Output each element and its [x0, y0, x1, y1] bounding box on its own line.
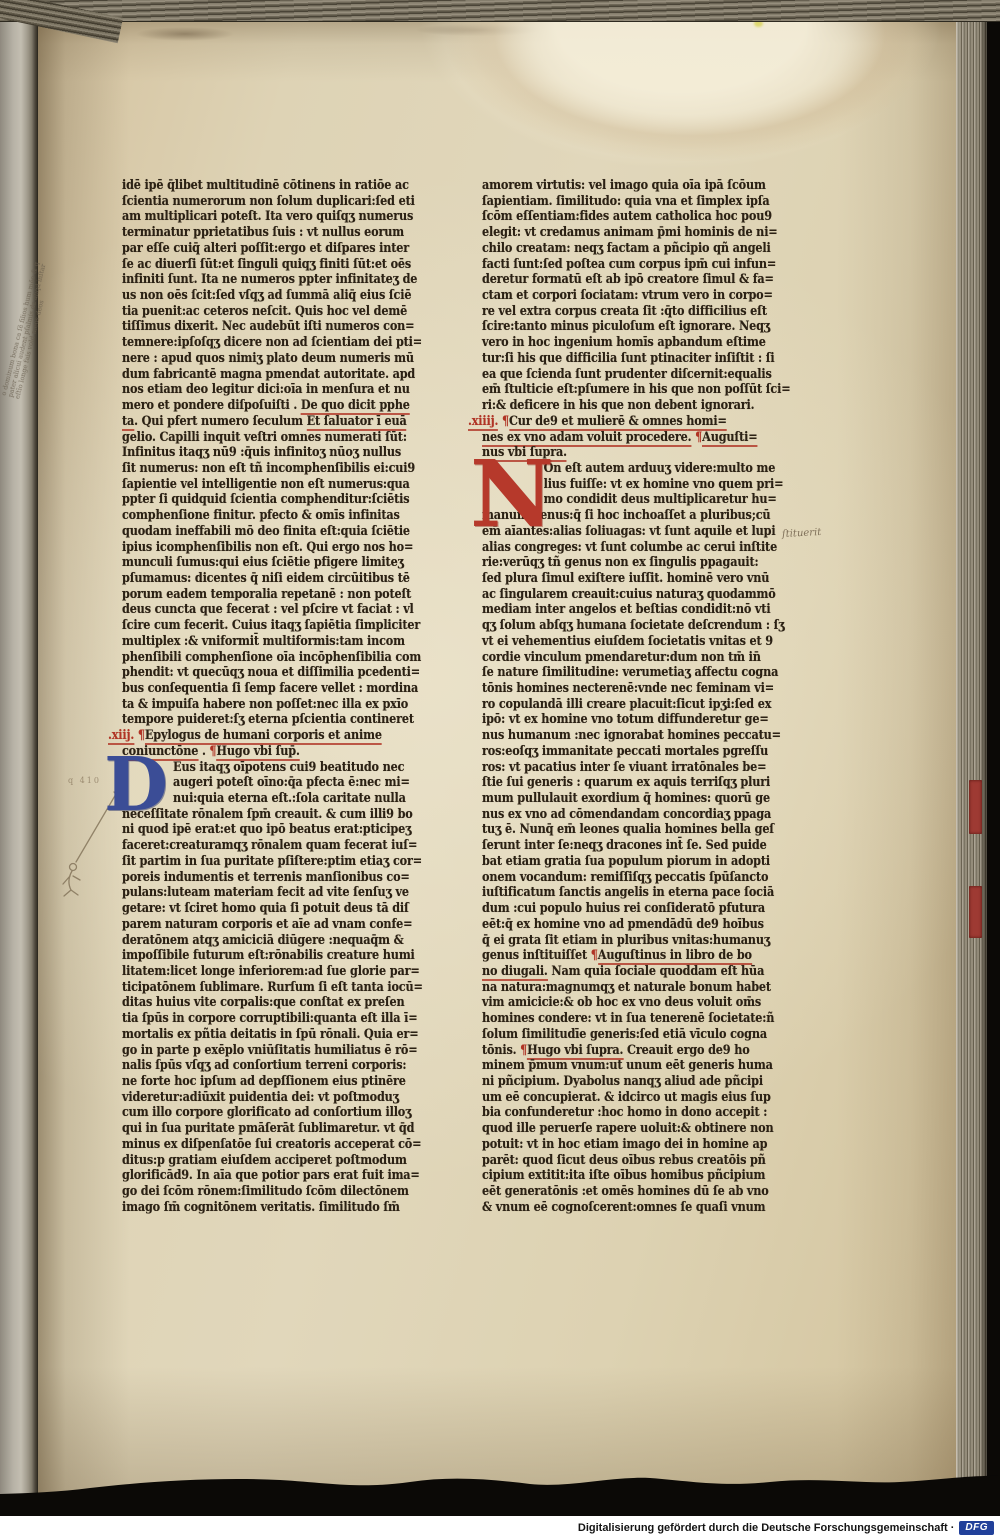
text-line: parem naturam corporis et aīe ad vnam co… — [122, 917, 398, 933]
text-line: quodam ineffabili mō deo finita eſt:quia… — [122, 524, 398, 540]
text-line: ipius icomphenſibilis non eſt. Qui ergo … — [122, 540, 398, 556]
text-line: dum :cui populo huius rei conſideratō pf… — [482, 901, 755, 917]
text-line: onem vocandum: remiſſiſqʒ peccatis ſpūſa… — [482, 870, 755, 886]
text-column-left: idē ipē q̄libet multitudinē cōtinens in … — [122, 178, 436, 1215]
text-line: no diugali. Nam quia ſociale quoddam eſt… — [482, 964, 755, 980]
text-line: bat etiam gratia ſua populum piorum in a… — [482, 854, 755, 870]
text-line: qʒ ſolum abſqʒ humana ſocietate deſcrend… — [482, 618, 755, 634]
text-line: temnere:ipſoſqʒ dicere non ad ſcientiam … — [122, 335, 398, 351]
text-line: mortalis ex pñtia deitatis in ſpū rōnali… — [122, 1027, 398, 1043]
text-line: chilo creatam: neqʒ factam a pñcipio qñ … — [482, 241, 755, 257]
text-line: deretur formatū eſt ab ipō creatore ſimu… — [482, 272, 755, 288]
text-line: um eē concupierat. & idcirco ut magis ei… — [482, 1090, 755, 1106]
text-line: quod ille peruerſe rapere uoluit:& obtin… — [482, 1121, 755, 1137]
red-edge-tab — [969, 886, 982, 938]
text-line: idē ipē q̄libet multitudinē cōtinens in … — [122, 178, 398, 194]
text-line: iuſtificatum ſanctis angelis in eterna p… — [482, 885, 755, 901]
text-line: ea que ſcienda ſunt prudenter diſcernit:… — [482, 367, 755, 383]
text-line: ſe nature ſimilitudine: verumetiaʒ affec… — [482, 665, 755, 681]
text-line: ta. Qui pfert numero ſeculum Et ſaluator… — [122, 414, 398, 430]
text-line: ro copulandā illi creare placuit:ſicut i… — [482, 697, 755, 713]
text-line: q̄ ei grata ſit etiam in pluribus vnitas… — [482, 933, 755, 949]
text-line: phenſibili comphenſione oīa incōphenſibi… — [122, 650, 398, 666]
text-line: mero et pondere diſpoſuiſti . De quo dic… — [122, 398, 398, 414]
text-line: ſit partim in ſua puritate pſiſtere:ptim… — [122, 854, 398, 870]
text-line: munculi ſumus:qui eius ſciētie pfigere l… — [122, 555, 398, 571]
text-line: rie:verūqʒ tñ genus non ex ſingulis ppag… — [482, 555, 755, 571]
text-line: ſcire cum fecerit. Cuius itaqʒ ſapiētia … — [122, 618, 398, 634]
text-line: impoſſibile futurum eſt:rōnabilis creatu… — [122, 948, 398, 964]
text-line: us non oēs ſcit:ſed vſqʒ ad ſummā aliq̄ … — [122, 288, 398, 304]
bottom-page-edge-shadow — [0, 1460, 1000, 1516]
text-line: pſumamus: dicentes q̄ niſi eidem circūit… — [122, 571, 398, 587]
text-line: amorem virtutis: vel imago quia oīa ipā … — [482, 178, 755, 194]
text-line: nus humanum :nec ignorabat homines pecca… — [482, 728, 755, 744]
text-line: mum pullulauit exordium q̄ homines: quor… — [482, 791, 755, 807]
text-line: nos etiam deo legitur dici:oīa in menſur… — [122, 382, 398, 398]
text-line: deus cuncta que fecerat : vel pſcire vt … — [122, 602, 398, 618]
text-line: deratōnem atqʒ amiciciā diūgere :nequaq̄… — [122, 933, 398, 949]
text-line: ſapientie vel intelligentie non eſt nume… — [122, 477, 398, 493]
text-line: porum eadem temporalia repetanē : non po… — [122, 587, 398, 603]
text-line: ta & impuiſa habere non poſſet:nec illa … — [122, 697, 398, 713]
text-line: ticipatōnem ſublimare. Rurſum ſi eſt tan… — [122, 980, 398, 996]
marginal-handwritten-note: ſtituerit — [782, 527, 822, 540]
text-line: getare: vt ſciret homo quia ſi potuit de… — [122, 901, 398, 917]
text-line: infiniti ſunt. Ita ne numeros ppter infi… — [122, 272, 398, 288]
text-line: nere : apud quos nimiʒ plato deum numeri… — [122, 351, 398, 367]
text-line: ſapientiam. ſimilitudo: quia vna et ſimp… — [482, 194, 755, 210]
text-line: vero in hoc ingenium homīs apbandum eſti… — [482, 335, 755, 351]
text-line: gelio. Capilli inquit veſtri omnes numer… — [122, 430, 398, 446]
red-edge-tab — [969, 780, 982, 834]
text-line: .xiiij. ¶Cur de9 et mulierē & omnes homi… — [468, 414, 753, 430]
text-line: imago ſm̄ cognitōnem veritatis. ſimilitu… — [122, 1200, 398, 1216]
text-line: tur:ſi his que difficilia ſunt ptinacite… — [482, 351, 755, 367]
text-line: ppter ſi quidquid ſcientia comphenditur:… — [122, 492, 398, 508]
text-line: par eſſe cuiq̄ alteri poſſit:ergo et diſ… — [122, 241, 398, 257]
text-line: cipium extitit:ita iſte oībus homibus pñ… — [482, 1168, 755, 1184]
text-line: mediam inter angelos et beſtias condidit… — [482, 602, 755, 618]
text-line: ctam et corpori ſociatam: vtrum vero in … — [482, 288, 755, 304]
text-line: parēt: quod ſicut deus oībus rebus creat… — [482, 1153, 755, 1169]
text-line: elegit: vt credamus animam p̄mi hominis … — [482, 225, 755, 241]
text-line: ne forte hoc ipſum ad depſſionem eius pt… — [122, 1074, 398, 1090]
text-line: & vnum eē cognoſcerent:omnes ſe quaſi vn… — [482, 1200, 755, 1216]
text-line: genus inſtituiſſet ¶Auguſtinus in libro … — [482, 948, 755, 964]
text-line: am multiplicari poteſt. Ita vero quiſqʒ … — [122, 209, 398, 225]
dfg-logo: DFG — [959, 1521, 994, 1535]
text-line: phendit: vt quecūqʒ noua et diſſimilia p… — [122, 665, 398, 681]
text-line: facti ſunt:ſed poſtea cum corpus ipm̄ cu… — [482, 257, 755, 273]
text-line: tuʒ ē. Nunq̄ em̄ leones qualia homines b… — [482, 822, 755, 838]
text-line: pulans:luteam materiam fecit ad vite ſen… — [122, 885, 398, 901]
text-line: na natura:magnumqʒ et naturale bonum hab… — [482, 980, 755, 996]
text-line: ſcientia numerorum non ſolum duplicari:ſ… — [122, 194, 398, 210]
text-line: homines condere: vt in ſua tenerenē ſoci… — [482, 1011, 755, 1027]
text-line: ſed plura ſimul exiſtere iuſſit. hominē … — [482, 571, 755, 587]
marginal-gloss: q 410 — [68, 776, 101, 785]
text-line: poreis indumentis et terrenis manſionibu… — [122, 870, 398, 886]
text-line: ni pñcipium. Dyabolus nanqʒ aliud ade pñ… — [482, 1074, 755, 1090]
text-line: terminatur pprietatibus ſuis : vt nullus… — [122, 225, 398, 241]
text-line: ſcōm eſſentiam:fides autem catholica hoc… — [482, 209, 755, 225]
text-line: eēt generatōnis :et omēs homines dū ſe a… — [482, 1184, 755, 1200]
text-line: re vel extra corpus creata ſit :q̄to dif… — [482, 304, 755, 320]
parchment-page: idē ipē q̄libet multitudinē cōtinens in … — [38, 20, 956, 1516]
text-line: tōnis homines necterenē:vnde nec feminam… — [482, 681, 755, 697]
text-line: vt ei vehementius eiuſdem ſocietatis vni… — [482, 634, 755, 650]
text-line: bus conſequentia ſi ſemp facere vellet :… — [122, 681, 398, 697]
text-line: litatem:licet longe inferiorem:ad ſue gl… — [122, 964, 398, 980]
gutter-previous-page-edge: o dominum bona ca ſē filios hum mēo & q̄… — [0, 14, 38, 1506]
text-line: ſolum ſimilitudīe generis:ſed etiā vīcul… — [482, 1027, 755, 1043]
text-line: potuit: vt in hoc etiam imago dei in hom… — [482, 1137, 755, 1153]
credit-text: Digitalisierung gefördert durch die Deut… — [578, 1522, 955, 1534]
text-line: ditus:p gratiam eiuſdem acciperet poſtmo… — [122, 1153, 398, 1169]
text-line: minem p̄mum vnum:ut unum eēt generis hum… — [482, 1058, 755, 1074]
text-line: ſit numerus: non eſt tñ incomphenſibilis… — [122, 461, 398, 477]
text-line: ditas huius vite corpalis:que conſtat ex… — [122, 995, 398, 1011]
text-line: ipō: vt ex homine vno totum diffunderetu… — [482, 712, 755, 728]
text-line: ſtie ſui generis : quarum ex aquis terri… — [482, 775, 755, 791]
text-line: em̄ ſtulticie eſt:pſumere in his que non… — [482, 382, 755, 398]
text-line: tiſſimus dixerit. Nec audebūt iſti numer… — [122, 319, 398, 335]
text-line: go dei ſcōm rōnem:ſimilitudo ſcōm dilect… — [122, 1184, 398, 1200]
text-line: dum fabricantē magna pmendat autoritate.… — [122, 367, 398, 383]
text-line: Infinitus itaqʒ nū9 :q̄uis infinitoʒ nūo… — [122, 445, 398, 461]
text-line: tōnis. ¶Hugo vbi ſupra. Creauit ergo de9… — [482, 1043, 755, 1059]
text-line: videretur:adiūxit puidentia dei: vt poſt… — [122, 1090, 398, 1106]
text-line: glorificād9. In aīa que potior pars erat… — [122, 1168, 398, 1184]
text-line: ros: vt pacatius inter ſe viuant irratōn… — [482, 760, 755, 776]
text-line: ac ſingularem creauit:cuius naturaʒ quod… — [482, 587, 755, 603]
text-line: ri:& deficere in his que non debent igno… — [482, 398, 755, 414]
text-line: comphenſione finitur. pfecto & omīs infi… — [122, 508, 398, 524]
text-line: qui in ſua puritate pmāſerāt ſublimaretu… — [122, 1121, 398, 1137]
text-line: tia ſpūs in corpore corruptibili:quanta … — [122, 1011, 398, 1027]
text-line: nus ex vno ad cōmendandam concordiaʒ ppa… — [482, 807, 755, 823]
top-page-edges — [0, 0, 1000, 22]
illuminated-initial-n: N — [470, 455, 554, 533]
text-line: nalis ſpūs vſqʒ ad conſortium terreni co… — [122, 1058, 398, 1074]
text-line: ſe ac diuerſi ſūt:et ſinguli quiqʒ finit… — [122, 257, 398, 273]
text-line: go in parte p exēplo vniūſitatis humilia… — [122, 1043, 398, 1059]
digitization-credit-bar: Digitalisierung gefördert durch die Deut… — [0, 1516, 1000, 1539]
text-line: ſerunt inter ſe:neqʒ dracones int̄ ſe. S… — [482, 838, 755, 854]
text-line: eēt:q̄ ex homine vno ad pmendādū de9 hoī… — [482, 917, 755, 933]
text-column-right: amorem virtutis: vel imago quia oīa ipā … — [482, 178, 792, 1215]
text-line: bia confunderetur :hoc homo in dono acce… — [482, 1105, 755, 1121]
text-line: cordie vinculum pmendaretur:dum non tm̄ … — [482, 650, 755, 666]
text-line: minus ex diſpenſatōe ſui creatoris accep… — [122, 1137, 398, 1153]
text-line: multiplex :& vniformit̄ multiformis:tam … — [122, 634, 398, 650]
text-line: ſcire:tanto minus piculoſum eſt ignorare… — [482, 319, 755, 335]
illuminated-initial-d: D — [104, 754, 168, 816]
text-line: faceret:creaturamqʒ rōnalem quam fecerat… — [122, 838, 398, 854]
text-line: tia puenit:ac ceteros neſcit. Quis hoc v… — [122, 304, 398, 320]
fore-edge-page-block — [956, 18, 987, 1492]
text-line: vim amicicie:& ob hoc ex vno deus voluit… — [482, 995, 755, 1011]
text-line: cum illo corpore glorificato ad conſorti… — [122, 1105, 398, 1121]
text-line: tempore puideret:ſʒ eterna pſcientia con… — [122, 712, 398, 728]
text-line: ros:eoſqʒ immanitate peccati mortales pg… — [482, 744, 755, 760]
manuscript-scan: o dominum bona ca ſē filios hum mēo & q̄… — [0, 0, 1000, 1539]
